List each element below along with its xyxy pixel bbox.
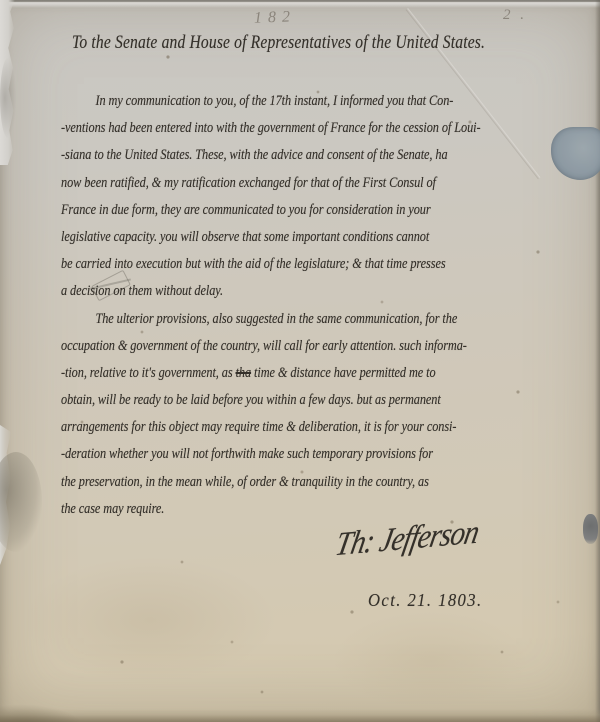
left-edge-stain <box>0 452 42 552</box>
date-line: Oct. 21. 1803. <box>368 590 483 611</box>
strike-post-text: time & distance have permitted me to <box>251 365 436 381</box>
strike-pre-text: -tion, relative to it's government, as <box>61 365 236 381</box>
text-line: -siana to the United States. These, with… <box>61 142 600 169</box>
text-line-with-strikethrough: -tion, relative to it's government, as t… <box>61 360 600 387</box>
text-line: the preservation, in the mean while, of … <box>61 469 600 496</box>
text-line: -deration whether you will not forthwith… <box>61 441 600 468</box>
text-line: the case may require. <box>61 496 600 523</box>
salutation-line: To the Senate and House of Representativ… <box>72 32 485 54</box>
text-line: arrangements for this object may require… <box>61 414 600 441</box>
text-line: The ulterior provisions, also suggested … <box>61 306 600 333</box>
letter-body: In my communication to you, of the 17th … <box>61 88 600 523</box>
letter-page: 182 2 . To the Senate and House of Repre… <box>0 0 600 722</box>
paper-corner-shadow <box>0 704 84 722</box>
text-line: now been ratified, & my ratification exc… <box>61 170 600 197</box>
struck-word: tha <box>236 365 251 381</box>
text-line: be carried into execution but with the a… <box>61 251 600 278</box>
text-line: legislative capacity. you will observe t… <box>61 224 600 251</box>
page-number-pencil-center: 182 <box>254 8 297 27</box>
text-line: a decision on them without delay. <box>61 278 600 305</box>
text-line: In my communication to you, of the 17th … <box>61 88 600 115</box>
left-edge-smudge <box>0 58 16 138</box>
text-line: France in due form, they are communicate… <box>61 197 600 224</box>
page-number-pencil-right: 2 . <box>503 7 527 24</box>
paper-bottom-edge <box>0 709 600 722</box>
text-line: occupation & government of the country, … <box>61 333 600 360</box>
text-line: obtain, will be ready to be laid before … <box>61 387 600 414</box>
text-line: -ventions had been entered into with the… <box>61 115 600 142</box>
